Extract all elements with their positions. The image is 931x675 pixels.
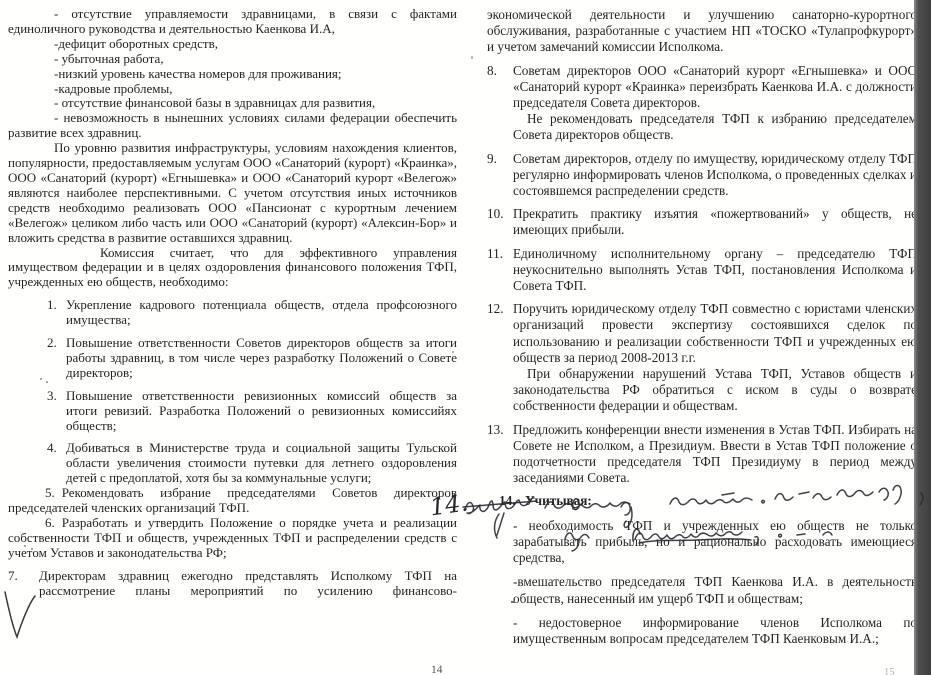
item-number: 3. (47, 389, 66, 434)
list-item: 5.Рекомендовать избрание председателями … (8, 486, 457, 516)
speck (511, 601, 515, 603)
paragraph-commission: Комиссия считает, что для эффективного у… (8, 246, 457, 291)
intro-bullet: - отсутствие финансовой базы в здравница… (8, 96, 457, 111)
item-text: Директорам здравниц ежегодно представлят… (39, 569, 457, 599)
item-text: Советам директоров ООО «Санаторий курорт… (513, 63, 917, 112)
item-text: Советам директоров, отделу по имуществу,… (513, 151, 917, 200)
item-subparagraph: При обнаружении нарушений Устава ТФП, Ус… (513, 366, 917, 415)
page-number-left: 14 (431, 664, 443, 675)
item-body: Советам директоров ООО «Санаторий курорт… (513, 63, 917, 144)
item-body: Советам директоров, отделу по имуществу,… (513, 151, 917, 200)
list-item: 3. Повышение ответственности ревизионных… (47, 389, 457, 434)
intro-bullet: - невозможность в нынешних условиях сила… (8, 111, 457, 141)
continuation-paragraph: экономической деятельности и улучшению с… (487, 7, 917, 56)
item-text: Укрепление кадрового потенциала обществ,… (66, 298, 457, 328)
intro-bullet: -низкий уровень качества номеров для про… (8, 67, 457, 82)
item-number: 8. (487, 63, 513, 144)
item-number: 13. (487, 422, 513, 487)
intro-bullet: -дефицит оборотных средств, (8, 37, 457, 52)
document-scan: - отсутствие управляемости здравницами, … (0, 0, 931, 675)
item-number: 2. (47, 336, 66, 381)
item-text: Добиваться в Министерстве труда и социал… (66, 441, 457, 486)
left-page: - отсутствие управляемости здравницами, … (8, 7, 457, 599)
item-body: Единоличному исполнительному органу – пр… (513, 246, 917, 295)
item-text: Прекратить практику изъятия «пожертвован… (513, 206, 917, 238)
speck (24, 545, 26, 547)
list-item: 11. Единоличному исполнительному органу … (487, 246, 917, 295)
item-number: 9. (487, 151, 513, 200)
list-item: 6.Разработать и утвердить Положение о по… (8, 516, 457, 561)
item-number: 10. (487, 206, 513, 238)
list-item: 7. Директорам здравниц ежегодно представ… (8, 569, 457, 599)
page-number-right: 15 (884, 667, 895, 675)
item-body: Поручить юридическому отделу ТФП совмест… (513, 301, 917, 414)
item-text: Рекомендовать избрание председателями Со… (8, 485, 457, 515)
item-number: 11. (487, 246, 513, 295)
item-number: 1. (47, 298, 66, 328)
item-text: Единоличному исполнительному органу – пр… (513, 246, 917, 295)
list-item: 8. Советам директоров ООО «Санаторий кур… (487, 63, 917, 144)
list-item: 12. Поручить юридическому отделу ТФП сов… (487, 301, 917, 414)
speck (471, 56, 473, 59)
item-subparagraph: Не рекомендовать председателя ТФП к избр… (513, 111, 917, 143)
list-item: 10. Прекратить практику изъятия «пожертв… (487, 206, 917, 238)
speck (40, 378, 42, 380)
item-body: Предложить конференции внести изменения … (513, 422, 917, 487)
speck (46, 381, 48, 383)
item-text: Разработать и утвердить Положение о поря… (8, 515, 457, 560)
scanner-edge-band (914, 0, 931, 675)
consideration-bullet: - недостоверное информирование членов Ис… (513, 615, 917, 647)
list-item: 13. Предложить конференции внести измене… (487, 422, 917, 487)
item-body: Прекратить практику изъятия «пожертвован… (513, 206, 917, 238)
item-text: Повышение ответственности Советов директ… (66, 336, 457, 381)
intro-bullet: - убыточная работа, (8, 52, 457, 67)
speck (452, 351, 454, 353)
handwritten-paren-mark (495, 513, 504, 538)
speck (31, 548, 33, 550)
list-item: 2. Повышение ответственности Советов дир… (47, 336, 457, 381)
intro-bullet: -кадровые проблемы, (8, 82, 457, 97)
item-number: 6. (45, 515, 55, 530)
item-text: Поручить юридическому отделу ТФП совмест… (513, 301, 917, 366)
paragraph-infrastructure: По уровню развития инфраструктуры, услов… (8, 141, 457, 245)
handwritten-scribble (463, 486, 923, 552)
handwritten-margin-number: 14. (428, 488, 470, 521)
handwritten-checkmark (0, 584, 40, 646)
item-number: 12. (487, 301, 513, 414)
item-text: Предложить конференции внести изменения … (513, 422, 917, 487)
item-number: 5. (45, 485, 55, 500)
list-item: 9. Советам директоров, отделу по имущест… (487, 151, 917, 200)
list-item: 1. Укрепление кадрового потенциала общес… (47, 298, 457, 328)
intro-bullet: - отсутствие управляемости здравницами, … (8, 7, 457, 37)
item-number: 4. (47, 441, 66, 486)
consideration-bullet: -вмешательство председателя ТФП Каенкова… (513, 574, 917, 606)
item-text: Повышение ответственности ревизионных ко… (66, 389, 457, 434)
list-item: 4. Добиваться в Министерстве труда и соц… (47, 441, 457, 486)
handwritten-annotation: 14. (425, 483, 931, 557)
